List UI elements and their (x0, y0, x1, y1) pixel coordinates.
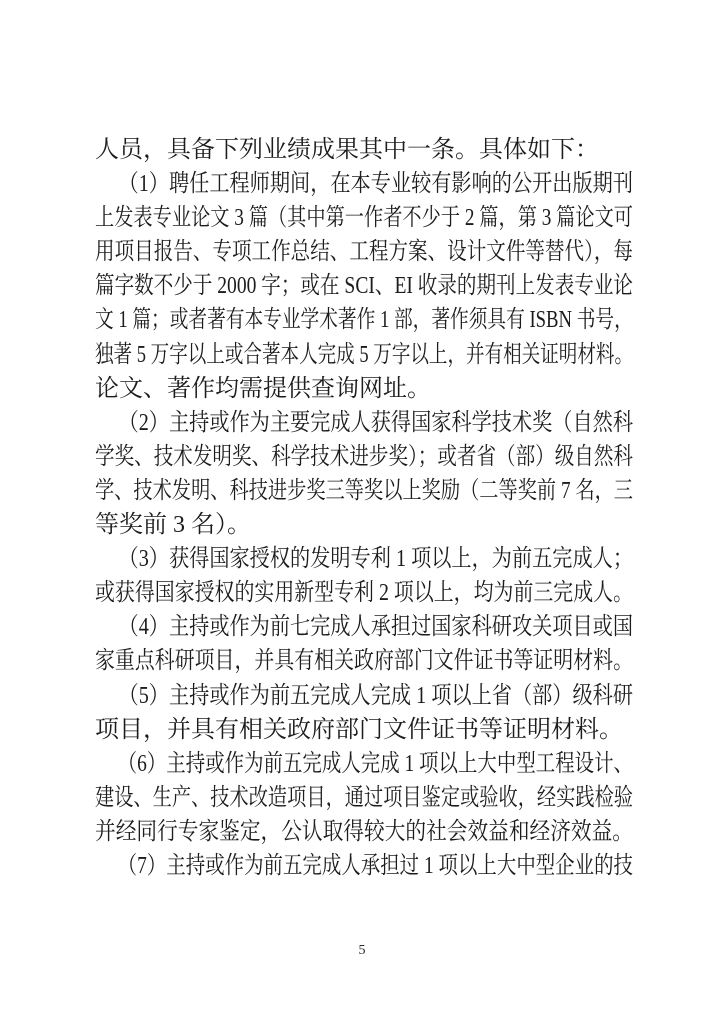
paragraph: 人员，具备下列业绩成果其中一条。具体如下： (95, 133, 633, 167)
text-line: 独著 5 万字以上或合著本人完成 5 万字以上，并有相关证明材料。 (95, 338, 511, 372)
paragraph: （2）主持或作为主要完成人获得国家科学技术奖（自然科 学奖、技术发明奖、科学技术… (95, 406, 633, 542)
text-line: 并经同行专家鉴定，公认取得较大的社会效益和经济效益。 (95, 815, 559, 849)
paragraph: （4）主持或作为前七完成人承担过国家科研攻关项目或国 家重点科研项目，并具有相关… (95, 610, 633, 678)
text-line: （3）获得国家授权的发明专利 1 项以上，为前五完成人； (95, 542, 547, 576)
text-line: 用项目报告、专项工作总结、工程方案、设计文件等替代），每 (95, 235, 534, 269)
paragraph: （7）主持或作为前五完成人承担过 1 项以上大中型企业的技 (95, 849, 633, 883)
text-line: 项目，并具有相关政府部门文件证书等证明材料。 (95, 713, 633, 747)
text-line: （4）主持或作为前七完成人承担过国家科研攻关项目或国 (95, 610, 547, 644)
paragraph: （1）聘任工程师期间，在本专业较有影响的公开出版期刊 上发表专业论文 3 篇（其… (95, 167, 633, 406)
page-footer: 5 (0, 941, 724, 960)
text-line: 上发表专业论文 3 篇（其中第一作者不少于 2 篇，第 3 篇论文可 (95, 201, 526, 235)
text-line: 建设、生产、技术改造项目，通过项目鉴定或验收，经实践检验 (95, 781, 526, 815)
text-line: 文 1 篇；或者著有本专业学术著作 1 部，著作须具有 ISBN 书号， (95, 303, 514, 337)
text-line: （2）主持或作为主要完成人获得国家科学技术奖（自然科 (95, 406, 547, 440)
text-line: 论文、著作均需提供查询网址。 (95, 372, 633, 406)
text-line: （5）主持或作为前五完成人完成 1 项以上省（部）级科研 (95, 679, 547, 713)
text-line: 或获得国家授权的实用新型专利 2 项以上，均为前三完成人。 (95, 576, 542, 610)
text-line: （7）主持或作为前五完成人承担过 1 项以上大中型企业的技 (95, 849, 531, 883)
text-line: （6）主持或作为前五完成人完成 1 项以上大中型工程设计、 (95, 747, 531, 781)
document-body: 人员，具备下列业绩成果其中一条。具体如下： （1）聘任工程师期间，在本专业较有影… (95, 133, 633, 883)
text-line: 人员，具备下列业绩成果其中一条。具体如下： (95, 133, 633, 167)
paragraph: （6）主持或作为前五完成人完成 1 项以上大中型工程设计、 建设、生产、技术改造… (95, 747, 633, 849)
text-line: 学、技术发明、科技进步奖三等奖以上奖励（二等奖前 7 名，三 (95, 474, 526, 508)
paragraph: （3）获得国家授权的发明专利 1 项以上，为前五完成人； 或获得国家授权的实用新… (95, 542, 633, 610)
text-line: （1）聘任工程师期间，在本专业较有影响的公开出版期刊 (95, 167, 547, 201)
text-line: 篇字数不少于 2000 字；或在 SCI、EI 收录的期刊上发表专业论 (95, 269, 534, 303)
text-line: 学奖、技术发明奖、科学技术进步奖）；或者省（部）级自然科 (95, 440, 534, 474)
text-line: 家重点科研项目，并具有相关政府部门文件证书等证明材料。 (95, 644, 542, 678)
page-number: 5 (359, 943, 366, 958)
document-page: 人员，具备下列业绩成果其中一条。具体如下： （1）聘任工程师期间，在本专业较有影… (0, 0, 724, 1024)
paragraph: （5）主持或作为前五完成人完成 1 项以上省（部）级科研 项目，并具有相关政府部… (95, 679, 633, 747)
text-line: 等奖前 3 名）。 (95, 508, 633, 542)
